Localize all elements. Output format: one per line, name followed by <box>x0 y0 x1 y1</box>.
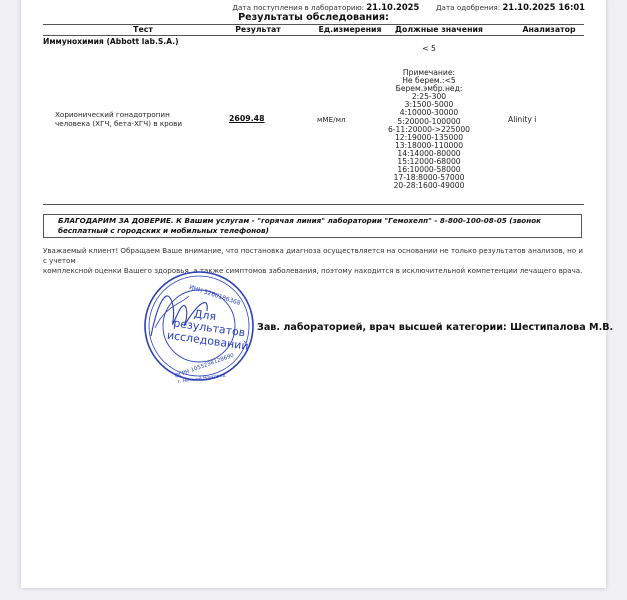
table-header-rule <box>43 35 584 36</box>
dates-header: Дата поступления в лабораторию: 21.10.20… <box>232 2 585 12</box>
approved-label: Дата одобрения: <box>436 3 500 12</box>
approved-date: 21.10.2025 16:01 <box>502 2 585 12</box>
results-end-rule <box>43 204 584 205</box>
col-result: Результат <box>223 25 293 34</box>
table-row-test-name: Хорионический гонадотропин человека (ХГЧ… <box>55 111 182 128</box>
col-reference: Должные значения <box>389 25 489 34</box>
analyzer-value: Alinity i <box>508 115 536 124</box>
client-notice: Уважаемый клиент! Обращаем Ваше внимание… <box>43 246 588 276</box>
col-analyzer: Анализатор <box>509 25 589 34</box>
page-title: Результаты обследования: <box>21 12 606 23</box>
received-label: Дата поступления в лабораторию: <box>232 3 364 12</box>
document-page: Дата поступления в лабораторию: 21.10.20… <box>21 0 606 588</box>
table-header: Тест Результат Ед.измерения Должные знач… <box>43 25 584 34</box>
test-group-label: Иммунохимия (Abbott lab.S.A.) <box>43 37 179 46</box>
svg-text:ИНН 5260186368: ИНН 5260186368 <box>188 284 241 307</box>
signer-name: Зав. лабораторией, врач высшей категории… <box>257 322 613 333</box>
received-date: 21.10.2025 <box>366 2 419 12</box>
reference-values: Примечание: Не берем.:<5 Берем.эмбр.нед:… <box>379 69 479 190</box>
col-test: Тест <box>103 25 183 34</box>
thanks-box: БЛАГОДАРИМ ЗА ДОВЕРИЕ. К Вашим услугам -… <box>43 214 582 238</box>
result-value: 2609.48 <box>229 114 265 123</box>
unit-value: мМЕ/мл <box>317 115 346 124</box>
col-unit: Ед.измерения <box>305 25 395 34</box>
